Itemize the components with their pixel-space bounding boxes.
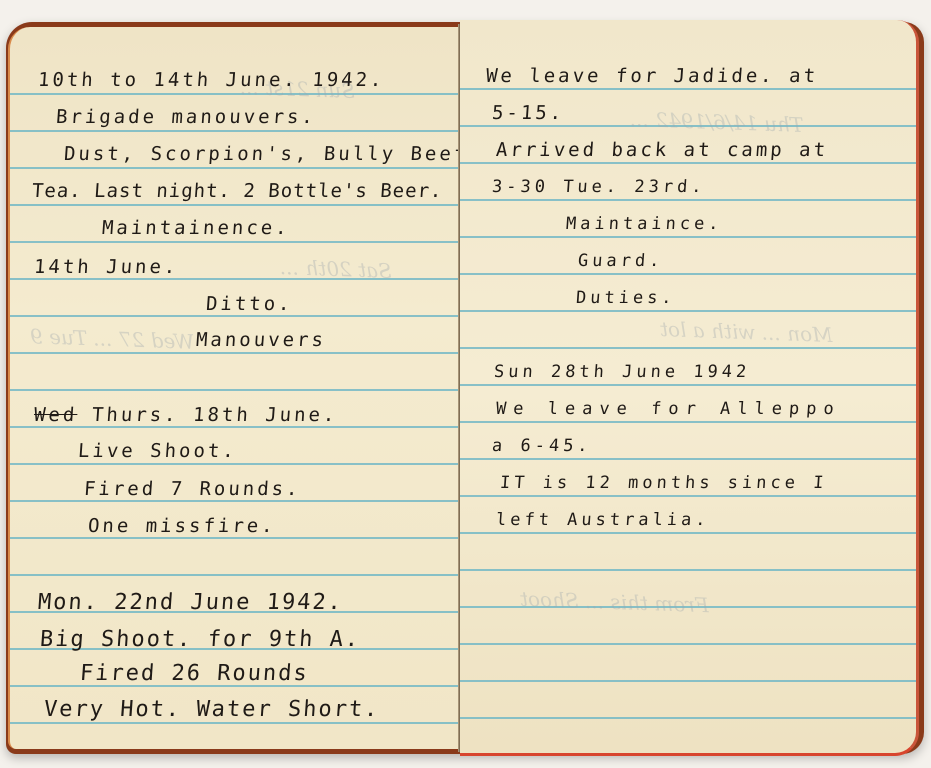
rule-line: [460, 273, 916, 275]
rule-line: [460, 421, 916, 423]
diary-line: Duties.: [575, 288, 676, 308]
diary-line: IT is 12 months since I: [499, 473, 828, 493]
rule-line: [460, 199, 916, 201]
rule-line: [10, 500, 462, 502]
rule-line: [10, 315, 462, 317]
rule-line: [10, 167, 462, 169]
diary-line: Fired 7 Rounds.: [83, 478, 301, 500]
diary-line: 5-15.: [491, 102, 565, 124]
diary-line: Brigade manouvers.: [55, 106, 316, 128]
right-page: Thu 14/6/1942 ... Mon ... with a lot Fro…: [460, 20, 919, 756]
diary-line: Manouvers: [195, 329, 326, 351]
bleed-through-text: Sat 20th ...: [280, 255, 393, 283]
crossed-out-word: Wed: [33, 404, 78, 426]
rule-line: [10, 130, 462, 132]
rule-line: [460, 532, 916, 534]
diary-line: 14th June.: [33, 256, 179, 278]
diary-line: Big Shoot. for 9th A.: [39, 627, 361, 652]
rule-line: [10, 463, 462, 465]
rule-line: [460, 569, 916, 571]
rule-line: [460, 236, 916, 238]
diary-line: left Australia.: [495, 510, 710, 530]
diary-line: Fired 26 Rounds: [79, 661, 309, 686]
rule-line: [460, 88, 916, 90]
bleed-through-text: Thu 14/6/1942 ...: [630, 107, 804, 137]
diary-line: One missfire.: [87, 515, 276, 537]
bleed-through-text: From this ... Shoot: [520, 587, 710, 618]
diary-line: We leave for Alleppo: [495, 399, 841, 419]
rule-line: [460, 680, 916, 682]
rule-line: [10, 537, 462, 539]
diary-line: Thurs. 18th June.: [91, 404, 338, 426]
diary-line: Tea. Last night. 2 Bottle's Beer.: [31, 180, 443, 202]
diary-line: 3-30 Tue. 23rd.: [491, 177, 706, 197]
diary-line: Maintaince.: [565, 214, 723, 234]
rule-line: [460, 643, 916, 645]
rule-line: [10, 93, 462, 95]
rule-line: [460, 347, 916, 349]
rule-line: [460, 717, 916, 719]
rule-line: [460, 495, 916, 497]
bleed-through-text: Wed 27 ... Tue 9: [30, 324, 195, 354]
rule-line: [10, 204, 462, 206]
rule-line: [460, 458, 916, 460]
diary-line: Mon. 22nd June 1942.: [37, 590, 344, 615]
diary-line: Arrived back at camp at: [495, 139, 829, 161]
diary-line: Sun 28th June 1942: [493, 362, 751, 382]
rule-line: [460, 162, 916, 164]
diary-line: Very Hot. Water Short.: [43, 697, 380, 722]
diary-line: Guard.: [577, 251, 664, 271]
rule-line: [460, 310, 916, 312]
rule-line: [10, 352, 462, 354]
rule-line: [10, 278, 462, 280]
diary-line: We leave for Jadide. at: [485, 65, 819, 87]
rule-line: [460, 384, 916, 386]
left-page: Sun 21st ... Sat 20th ... Wed 27 ... Tue…: [8, 27, 462, 749]
diary-line: a 6-45.: [491, 436, 592, 456]
diary-line: Maintainence.: [101, 217, 290, 239]
rule-line: [10, 574, 462, 576]
diary-line: Ditto.: [205, 293, 293, 315]
rule-line: [10, 241, 462, 243]
diary-line: Live Shoot.: [77, 440, 237, 462]
bleed-through-text: Mon ... with a lot: [660, 317, 833, 347]
rule-line: [10, 389, 462, 391]
diary-line: 10th to 14th June. 1942.: [37, 69, 385, 91]
rule-line: [10, 426, 462, 428]
diary-line: Dust, Scorpion's, Bully Beef,: [63, 143, 462, 165]
rule-line: [10, 722, 462, 724]
